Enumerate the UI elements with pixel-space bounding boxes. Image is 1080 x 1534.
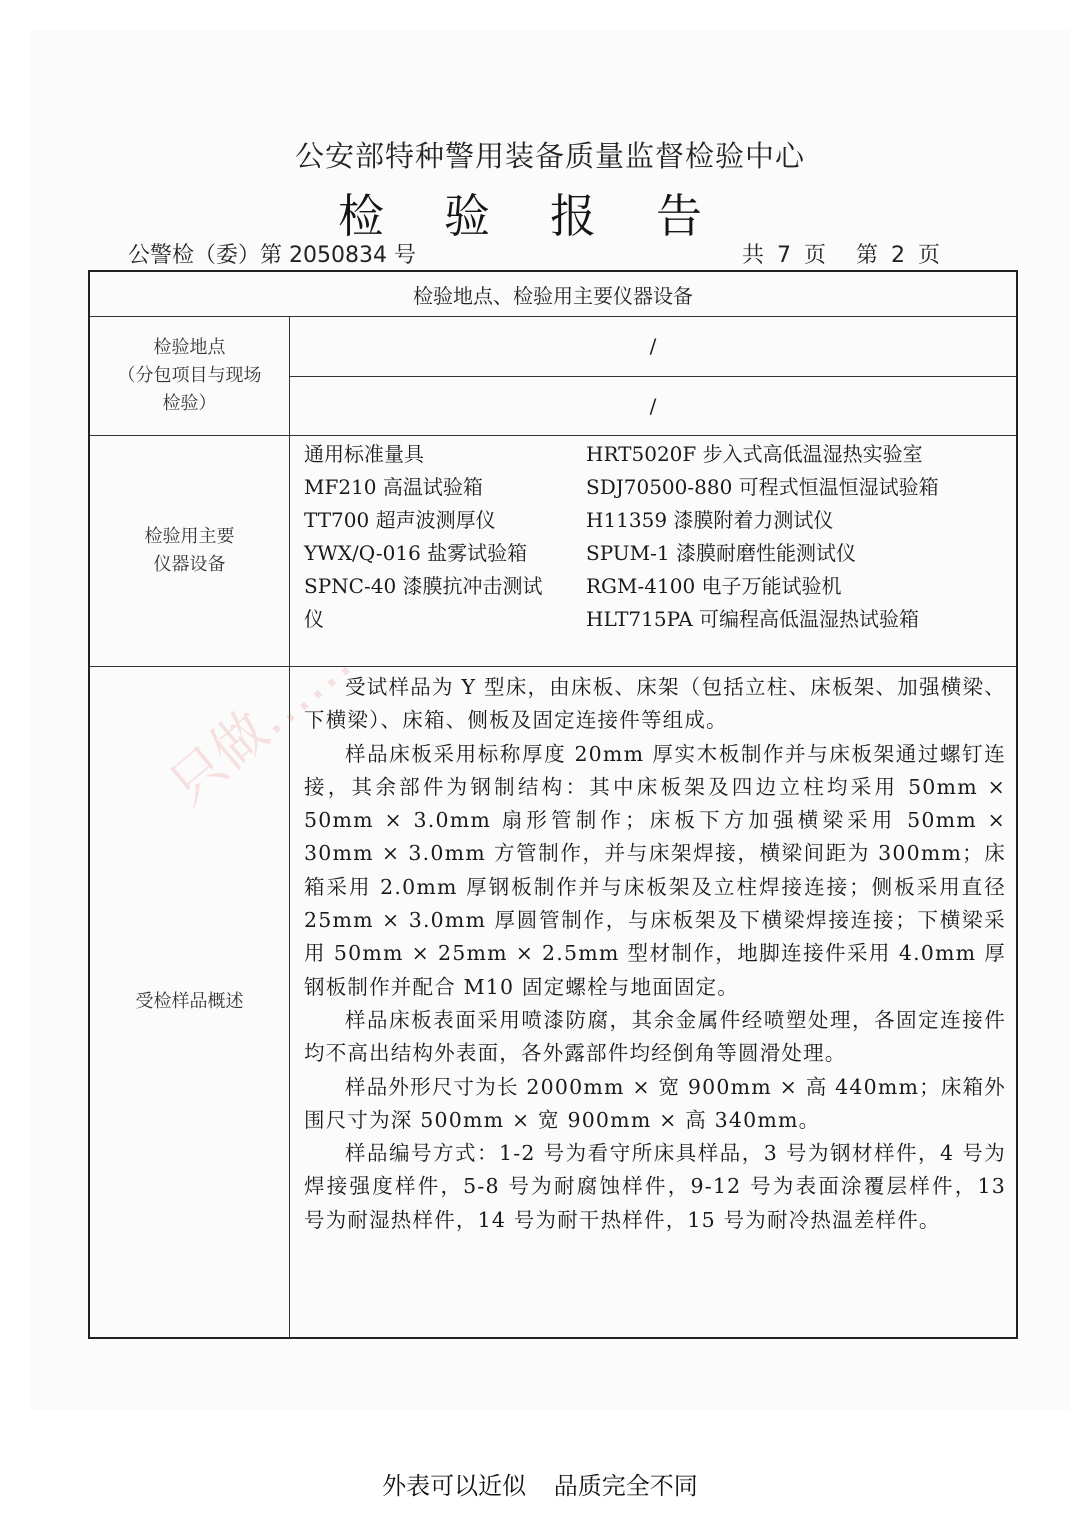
- summary-paragraph: 受试样品为 Y 型床，由床板、床架（包括立柱、床板架、加强横梁、下横梁）、床箱、…: [304, 671, 1006, 738]
- equipment-item: YWX/Q-016 盐雾试验箱: [304, 537, 586, 570]
- sample-summary: 受试样品为 Y 型床，由床板、床架（包括立柱、床板架、加强横梁、下横梁）、床箱、…: [290, 667, 1018, 1339]
- summary-paragraph: 样品床板表面采用喷漆防腐，其余金属件经喷塑处理，各固定连接件均不高出结构外表面，…: [304, 1004, 1006, 1071]
- summary-paragraph: 样品编号方式：1-2 号为看守所床具样品，3 号为钢材样件，4 号为焊接强度样件…: [304, 1137, 1006, 1237]
- equipment-item: SPNC-40 漆膜抗冲击测试: [304, 570, 586, 603]
- summary-paragraph: 样品外形尺寸为长 2000mm × 宽 900mm × 高 440mm；床箱外围…: [304, 1071, 1006, 1138]
- page-indicator: 共 7 页第 2 页: [742, 238, 970, 269]
- equipment-item: SDJ70500-880 可程式恒温恒湿试验箱: [586, 471, 1006, 504]
- inspection-table: 检验地点、检验用主要仪器设备 检验地点 （分包项目与现场 检验） / / 检验用…: [88, 270, 1018, 1339]
- equipment-item: 通用标准量具: [304, 438, 586, 471]
- equipment-item: 仪: [304, 603, 586, 636]
- current-page: 第 2 页: [856, 243, 940, 268]
- equipment-label: 检验用主要 仪器设备: [89, 436, 290, 667]
- organization-title: 公安部特种警用装备质量监督检验中心: [0, 134, 1080, 175]
- equipment-item: SPUM-1 漆膜耐磨性能测试仪: [586, 537, 1006, 570]
- total-pages: 共 7 页: [742, 243, 826, 268]
- location-value-2: /: [290, 376, 1018, 436]
- location-label: 检验地点 （分包项目与现场 检验）: [89, 317, 290, 436]
- equipment-item: MF210 高温试验箱: [304, 471, 586, 504]
- summary-label: 受检样品概述: [89, 667, 290, 1339]
- caption: 外表可以近似 品质完全不同: [0, 1466, 1080, 1501]
- report-title: 检验报告: [0, 180, 1080, 246]
- summary-paragraph: 样品床板采用标称厚度 20mm 厚实木板制作并与床板架通过螺钉连接，其余部件为钢…: [304, 738, 1006, 1004]
- report-number: 公警检（委）第 2050834 号: [128, 238, 416, 269]
- equipment-item: H11359 漆膜附着力测试仪: [586, 504, 1006, 537]
- equipment-item: HRT5020F 步入式高低温湿热实验室: [586, 438, 1006, 471]
- equipment-item: RGM-4100 电子万能试验机: [586, 570, 1006, 603]
- location-value-1: /: [290, 317, 1018, 377]
- section-heading: 检验地点、检验用主要仪器设备: [89, 271, 1017, 317]
- equipment-item: TT700 超声波测厚仪: [304, 504, 586, 537]
- equipment-list: 通用标准量具 HRT5020F 步入式高低温湿热实验室 MF210 高温试验箱 …: [290, 436, 1018, 667]
- equipment-item: HLT715PA 可编程高低温湿热试验箱: [586, 603, 1006, 636]
